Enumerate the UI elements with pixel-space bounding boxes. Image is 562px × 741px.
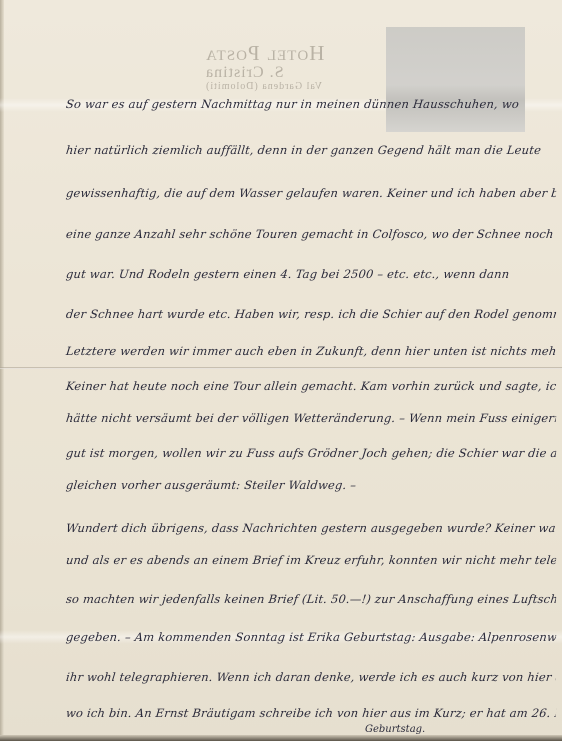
handwritten-line: Keiner hat heute noch eine Tour allein g… (65, 379, 556, 393)
handwritten-line: ihr wohl telegraphieren. Wenn ich daran … (65, 670, 556, 684)
handwritten-line: hier natürlich ziemlich auffällt, denn i… (65, 143, 556, 157)
handwritten-line: der Schnee hart wurde etc. Haben wir, re… (65, 307, 556, 321)
handwritten-line: so machten wir jedenfalls keinen Brief (… (65, 592, 556, 606)
handwritten-line: So war es auf gestern Nachmittag nur in … (65, 97, 556, 111)
handwritten-line: gleichen vorher ausgeräumt: Steiler Wald… (65, 478, 556, 492)
handwritten-line: Wundert dich übrigens, dass Nachrichten … (65, 521, 556, 535)
letter-body: So war es auf gestern Nachmittag nur in … (0, 0, 562, 741)
letter-page: Hotel Posta S. Cristina Val Gardena (Dol… (0, 0, 562, 741)
handwritten-line: hätte nicht versäumt bei der völligen We… (65, 411, 556, 425)
handwritten-line: eine ganze Anzahl sehr schöne Touren gem… (65, 227, 556, 241)
handwritten-line: wo ich bin. An Ernst Bräutigam schreibe … (65, 706, 556, 720)
handwritten-line: gewissenhaftig, die auf dem Wasser gelau… (65, 186, 556, 200)
handwritten-line: gut war. Und Rodeln gestern einen 4. Tag… (65, 267, 556, 281)
paper-bottom-edge (0, 735, 562, 741)
handwritten-line: Letztere werden wir immer auch eben in Z… (65, 344, 556, 358)
handwritten-line: gegeben. – Am kommenden Sonntag ist Erik… (65, 630, 556, 644)
closing-note: Geburtstag. (365, 724, 425, 735)
handwritten-line: gut ist morgen, wollen wir zu Fuss aufs … (65, 446, 556, 460)
handwritten-line: und als er es abends an einem Brief im K… (65, 553, 556, 567)
